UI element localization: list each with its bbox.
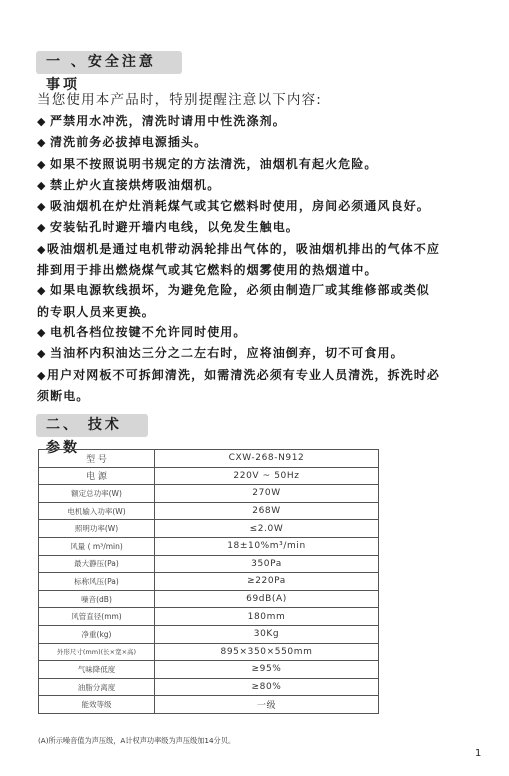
bullet-continuation: 排到用于排出燃烧煤气或其它燃料的烟雾使用的热烟道中。	[37, 260, 477, 280]
diamond-bullet-icon: ◆	[37, 155, 50, 175]
spec-key: 外形尺寸(mm)(长×宽×高)	[39, 643, 155, 661]
spec-value: CXW-268-N912	[155, 450, 379, 468]
spec-value: ≥80%	[155, 678, 379, 696]
spec-key: 照明功率(W)	[39, 520, 155, 538]
spec-key: 风量 ( m³/min)	[39, 537, 155, 555]
bullet-text: 如果不按照说明书规定的方法清洗，油烟机有起火危险。	[50, 157, 378, 171]
bullet-item: ◆吸油烟机是通过电机带动涡轮排出气体的，吸油烟机排出的气体不应	[37, 239, 477, 260]
spec-value: 268W	[155, 502, 379, 520]
diamond-bullet-icon: ◆	[37, 281, 50, 301]
spec-value: 350Pa	[155, 555, 379, 573]
table-row: 电 源220V ~ 50Hz	[39, 467, 379, 485]
bullet-continuation: 的专职人员来更换。	[37, 302, 477, 322]
bullet-item: ◆安装钻孔时避开墙内电线，以免发生触电。	[37, 217, 477, 238]
spec-key: 电机输入功率(W)	[39, 502, 155, 520]
bullet-item: ◆用户对网板不可拆卸清洗，如需清洗必须有专业人员清洗，拆洗时必	[37, 365, 477, 386]
bullet-item: ◆如果不按照说明书规定的方法清洗，油烟机有起火危险。	[37, 154, 477, 175]
table-row: 气味降低度≥95%	[39, 661, 379, 679]
bullet-text: 严禁用水冲洗，清洗时请用中性洗涤剂。	[50, 114, 286, 128]
spec-key: 额定总功率(W)	[39, 485, 155, 503]
bullet-text: 清洗前务必拔掉电源插头。	[50, 135, 207, 149]
table-row: 照明功率(W)≤2.0W	[39, 520, 379, 538]
spec-key: 气味降低度	[39, 661, 155, 679]
bullet-item: ◆当油杯内积油达三分之二左右时，应将油倒弃，切不可食用。	[37, 343, 477, 364]
section-specs-title: 二、 技术参数	[36, 414, 148, 437]
bullet-text: 如果电源软线损坏，为避免危险，必须由制造厂或其维修部或类似	[50, 283, 430, 297]
diamond-bullet-icon: ◆	[37, 366, 47, 386]
diamond-bullet-icon: ◆	[37, 218, 50, 238]
bullet-text: 吸油烟机在炉灶消耗煤气或其它燃料时使用，房间必须通风良好。	[50, 199, 430, 213]
diamond-bullet-icon: ◆	[37, 323, 50, 343]
spec-value: 895×350×550mm	[155, 643, 379, 661]
bullet-item: ◆清洗前务必拔掉电源插头。	[37, 132, 477, 153]
table-row: 风管直径(mm)180mm	[39, 608, 379, 626]
bullet-item: ◆禁止炉火直接烘烤吸油烟机。	[37, 175, 477, 196]
bullet-text: 当油杯内积油达三分之二左右时，应将油倒弃，切不可食用。	[50, 346, 404, 360]
safety-intro: 当您使用本产品时，特别提醒注意以下内容:	[37, 88, 322, 108]
bullet-item: ◆吸油烟机在炉灶消耗煤气或其它燃料时使用，房间必须通风良好。	[37, 196, 477, 217]
table-row: 外形尺寸(mm)(长×宽×高)895×350×550mm	[39, 643, 379, 661]
diamond-bullet-icon: ◆	[37, 197, 50, 217]
bullet-text: 禁止炉火直接烘烤吸油烟机。	[50, 178, 220, 192]
page-number: 1	[475, 748, 481, 759]
bullet-text: 用户对网板不可拆卸清洗，如需清洗必须有专业人员清洗，拆洗时必	[47, 368, 440, 382]
bullet-continuation: 须断电。	[37, 386, 477, 406]
spec-key: 型 号	[39, 450, 155, 468]
bullet-text: 安装钻孔时避开墙内电线，以免发生触电。	[50, 220, 299, 234]
diamond-bullet-icon: ◆	[37, 344, 50, 364]
bullet-item: ◆严禁用水冲洗，清洗时请用中性洗涤剂。	[37, 111, 477, 132]
table-row: 电机输入功率(W)268W	[39, 502, 379, 520]
bullet-text: 电机各档位按键不允许同时使用。	[50, 325, 247, 339]
safety-bullet-list: ◆严禁用水冲洗，清洗时请用中性洗涤剂。 ◆清洗前务必拔掉电源插头。 ◆如果不按照…	[37, 111, 477, 406]
section-safety-title: 一 、安全注意事项	[36, 51, 182, 74]
table-row: 净重(kg)30Kg	[39, 625, 379, 643]
bullet-text: 吸油烟机是通过电机带动涡轮排出气体的，吸油烟机排出的气体不应	[47, 242, 440, 256]
spec-value: 220V ~ 50Hz	[155, 467, 379, 485]
spec-value: 69dB(A)	[155, 590, 379, 608]
diamond-bullet-icon: ◆	[37, 176, 50, 196]
diamond-bullet-icon: ◆	[37, 133, 50, 153]
spec-value: 30Kg	[155, 625, 379, 643]
table-row: 额定总功率(W)270W	[39, 485, 379, 503]
diamond-bullet-icon: ◆	[37, 240, 47, 260]
noise-footnote: (A)所示噪音值为声压级，A计权声功率级为声压级加14分贝。	[38, 736, 235, 746]
spec-value: ≥95%	[155, 661, 379, 679]
spec-key: 能效等级	[39, 696, 155, 714]
table-row: 噪音(dB)69dB(A)	[39, 590, 379, 608]
table-row: 风量 ( m³/min)18±10%m³/min	[39, 537, 379, 555]
table-row: 标称风压(Pa)≥220Pa	[39, 573, 379, 591]
spec-key: 标称风压(Pa)	[39, 573, 155, 591]
spec-key: 油脂分离度	[39, 678, 155, 696]
spec-key: 最大静压(Pa)	[39, 555, 155, 573]
spec-value: ≥220Pa	[155, 573, 379, 591]
table-row: 油脂分离度≥80%	[39, 678, 379, 696]
spec-table: 型 号CXW-268-N912 电 源220V ~ 50Hz 额定总功率(W)2…	[38, 449, 379, 714]
spec-key: 噪音(dB)	[39, 590, 155, 608]
table-row: 能效等级一级	[39, 696, 379, 714]
spec-key: 电 源	[39, 467, 155, 485]
bullet-item: ◆如果电源软线损坏，为避免危险，必须由制造厂或其维修部或类似	[37, 280, 477, 301]
spec-key: 风管直径(mm)	[39, 608, 155, 626]
table-row: 型 号CXW-268-N912	[39, 450, 379, 468]
diamond-bullet-icon: ◆	[37, 112, 50, 132]
bullet-item: ◆电机各档位按键不允许同时使用。	[37, 322, 477, 343]
spec-value: 180mm	[155, 608, 379, 626]
spec-key: 净重(kg)	[39, 625, 155, 643]
spec-value: 270W	[155, 485, 379, 503]
table-row: 最大静压(Pa)350Pa	[39, 555, 379, 573]
spec-value: ≤2.0W	[155, 520, 379, 538]
spec-value: 18±10%m³/min	[155, 537, 379, 555]
spec-value: 一级	[155, 696, 379, 714]
